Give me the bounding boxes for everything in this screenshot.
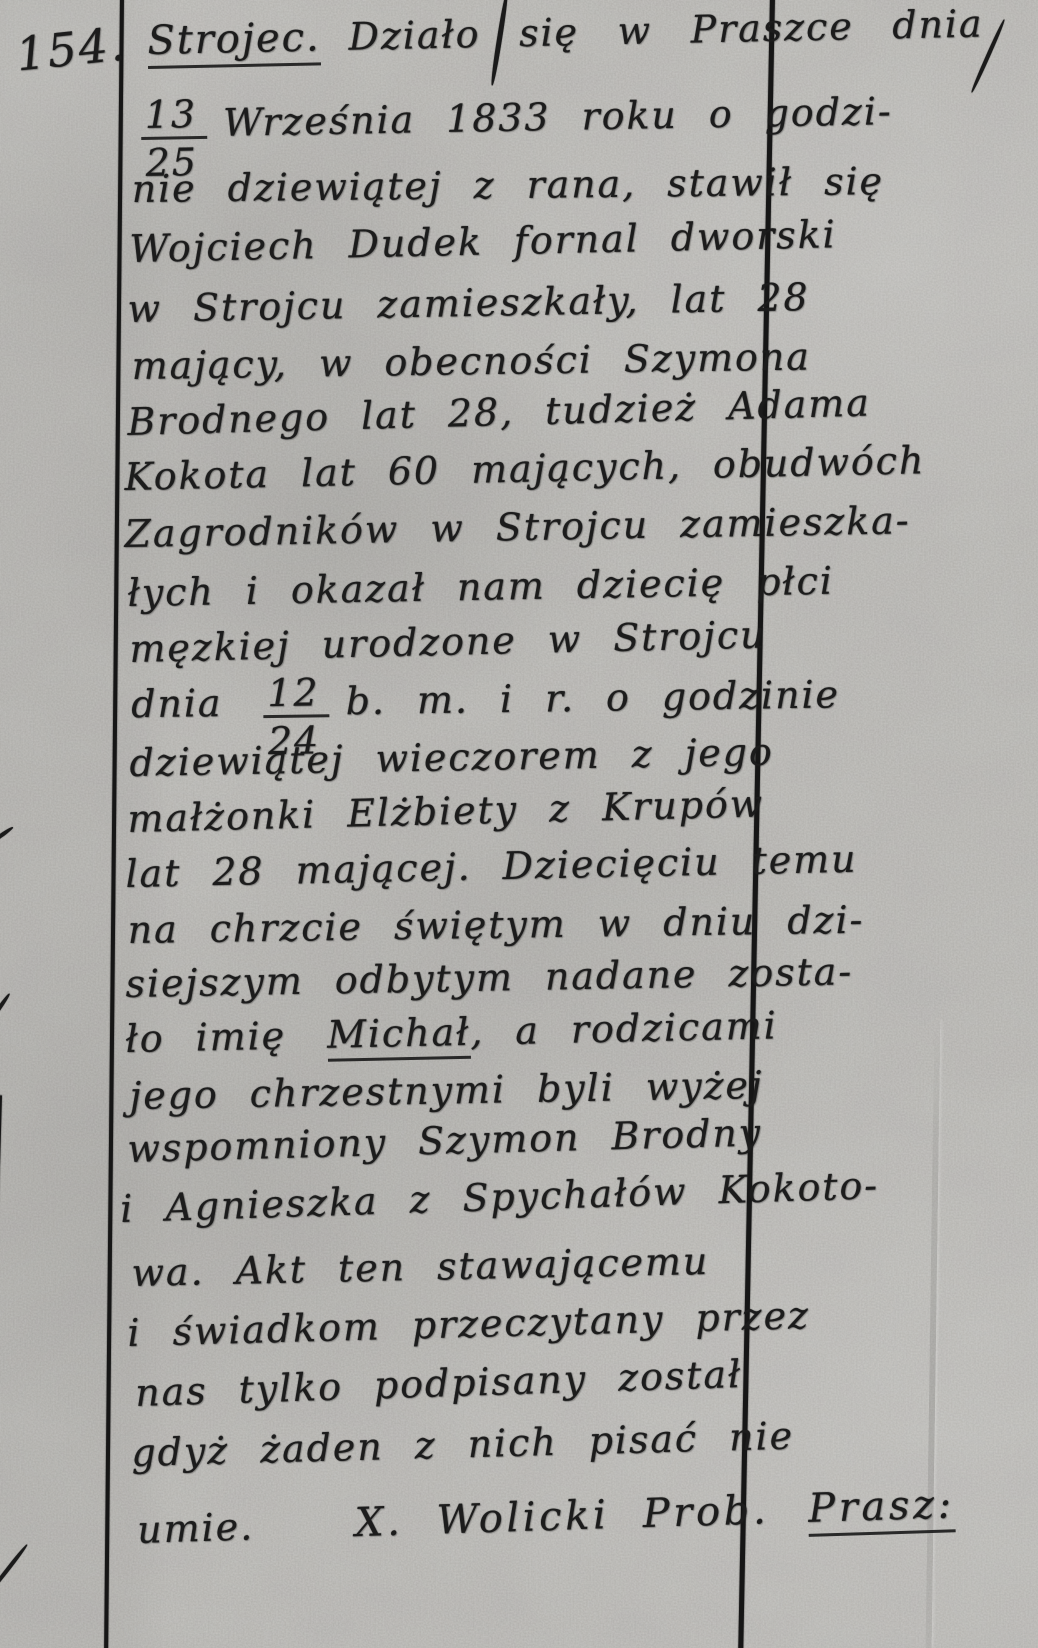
margin-place-name: Strojec.: [147, 14, 321, 69]
record-number: 154.: [13, 16, 128, 81]
line-text: dziewiątej wieczorem z jego: [129, 730, 774, 785]
line-text: wa. Akt ten stawającemu: [131, 1239, 710, 1295]
line-text: ło imię: [125, 1014, 286, 1061]
line-text: Września 1833 roku o godzi-: [223, 89, 893, 145]
line-text: mający, w obecności Szymona: [131, 335, 811, 388]
date-julian-day: 13: [140, 95, 207, 140]
line-text: b. m. i r. o godzinie: [345, 672, 840, 723]
line-text: w Strojcu zamieszkały, lat 28: [127, 275, 810, 331]
priest-signature-place: Prasz:: [807, 1481, 955, 1537]
line-text: dnia: [131, 681, 223, 726]
text-line: nie dziewiątej z rana, stawił się: [132, 158, 885, 213]
line-text: na chrzcie świętym w dniu dzi-: [127, 898, 864, 952]
text-line: mający, w obecności Szymona: [131, 334, 811, 391]
line-text: , a rodzicami: [470, 1003, 778, 1053]
birth-julian-day: 12: [263, 673, 330, 718]
child-name: Michał: [327, 1010, 471, 1062]
closing-text: umie.: [137, 1504, 255, 1552]
line-text: jego chrzestnymi byli wyżej: [129, 1063, 764, 1118]
opening-text: Działo się w Praszce dnia: [348, 1, 984, 58]
line-text: nie dziewiątej z rana, stawił się: [132, 159, 885, 211]
manuscript-page: 154. Strojec.Działo się w Praszce dnia 1…: [0, 0, 1038, 1648]
